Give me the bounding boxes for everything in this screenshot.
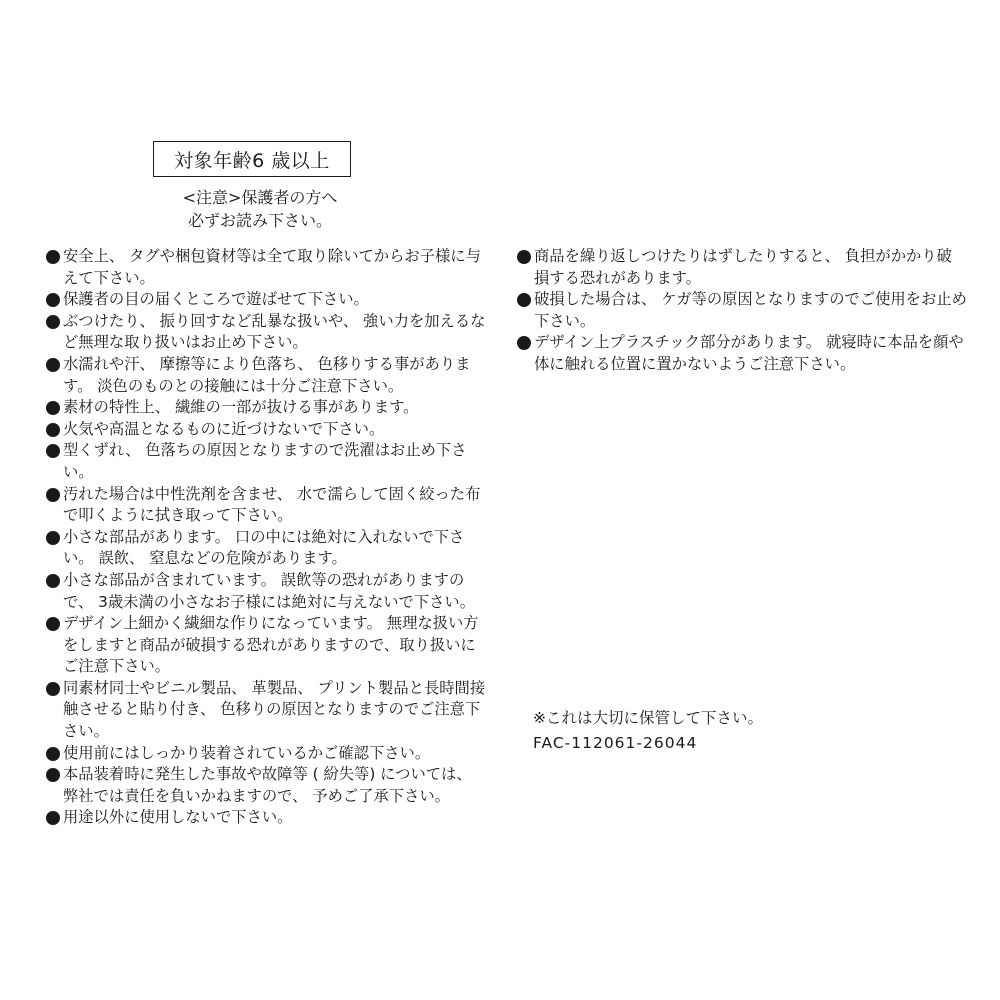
caution-item: 小さな部品があります。 口の中には絶対に入れないで下さい。 誤飲、 窒息などの危…	[46, 527, 486, 570]
caution-item: 小さな部品が含まれています。 誤飲等の恐れがありますので、 3歳未満の小さなお子…	[46, 570, 486, 613]
bullet-icon	[46, 250, 60, 264]
notice-line-1: <注意>保護者の方へ	[140, 186, 380, 209]
caution-item: 火気や高温となるものに近づけないで下さい。	[46, 419, 486, 441]
bullet-icon	[517, 336, 531, 350]
bullet-icon	[46, 401, 60, 415]
storage-note: ※これは大切に保管して下さい。	[533, 706, 763, 728]
bullet-icon	[46, 444, 60, 458]
product-code: FAC-112061-26044	[533, 734, 697, 752]
bullet-icon	[46, 747, 60, 761]
bullet-icon	[46, 574, 60, 588]
caution-item: ぶつけたり、 振り回すなど乱暴な扱いや、 強い力を加えるなど無理な取り扱いはお止…	[46, 311, 486, 354]
caution-item: 型くずれ、 色落ちの原因となりますので洗濯はお止め下さい。	[46, 440, 486, 483]
bullet-icon	[517, 293, 531, 307]
age-label: 対象年齢6 歳以上	[174, 146, 330, 173]
bullet-icon	[46, 682, 60, 696]
bullet-icon	[46, 617, 60, 631]
caution-item: 水濡れや汗、 摩擦等により色落ち、 色移りする事があります。 淡色のものとの接触…	[46, 354, 486, 397]
caution-item: 破損した場合は、 ケガ等の原因となりますのでご使用をお止め下さい。	[517, 289, 967, 332]
caution-item: 素材の特性上、 繊維の一部が抜ける事があります。	[46, 397, 486, 419]
bullet-icon	[46, 768, 60, 782]
bullet-icon	[46, 811, 60, 825]
caution-item: 汚れた場合は中性洗剤を含ませ、 水で濡らして固く絞った布で叩くように拭き取って下…	[46, 484, 486, 527]
notice-line-2: 必ずお読み下さい。	[140, 209, 380, 232]
caution-item: 商品を繰り返しつけたりはずしたりすると、 負担がかかり破損する恐れがあります。	[517, 246, 967, 289]
bullet-icon	[46, 488, 60, 502]
caution-item: 本品装着時に発生した事故や故障等 ( 紛失等) については、 弊社では責任を負い…	[46, 764, 486, 807]
bullet-icon	[46, 315, 60, 329]
bullet-icon	[46, 423, 60, 437]
caution-item: 同素材同士やビニル製品、 革製品、 プリント製品と長時間接触させると貼り付き、 …	[46, 678, 486, 743]
caution-item: 使用前にはしっかり装着されているかご確認下さい。	[46, 743, 486, 765]
bullet-icon	[46, 293, 60, 307]
caution-list-left: 安全上、 タグや梱包資材等は全て取り除いてからお子様に与えて下さい。 保護者の目…	[46, 246, 486, 829]
caution-item: デザイン上細かく繊細な作りになっています。 無理な扱い方をしますと商品が破損する…	[46, 613, 486, 678]
bullet-icon	[46, 531, 60, 545]
age-label-box: 対象年齢6 歳以上	[153, 141, 351, 177]
caution-item: 用途以外に使用しないで下さい。	[46, 807, 486, 829]
bullet-icon	[517, 250, 531, 264]
caution-item: 保護者の目の届くところで遊ばせて下さい。	[46, 289, 486, 311]
caution-list-right: 商品を繰り返しつけたりはずしたりすると、 負担がかかり破損する恐れがあります。 …	[517, 246, 967, 376]
caution-item: デザイン上プラスチック部分があります。 就寝時に本品を顔や体に触れる位置に置かな…	[517, 332, 967, 375]
notice-heading: <注意>保護者の方へ 必ずお読み下さい。	[140, 186, 380, 232]
bullet-icon	[46, 358, 60, 372]
caution-item: 安全上、 タグや梱包資材等は全て取り除いてからお子様に与えて下さい。	[46, 246, 486, 289]
